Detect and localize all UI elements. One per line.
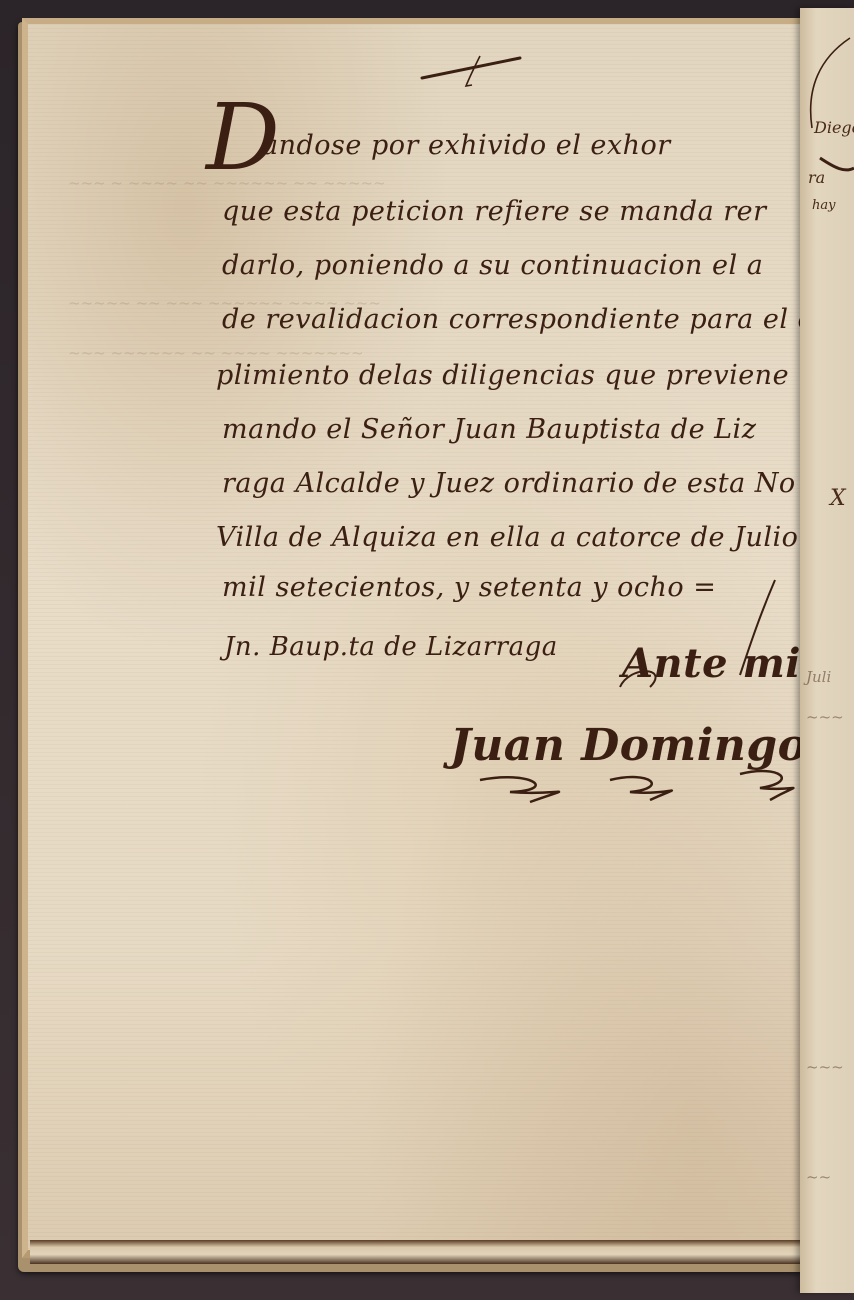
facing-faded-text: ~~~	[806, 708, 844, 726]
text-line-8: Villa de Alquiza en ella a catorce de Ju…	[216, 522, 825, 553]
text-line-6: mando el Señor Juan Bauptista de Liz	[222, 414, 756, 445]
cross-mark-icon	[420, 50, 530, 90]
facing-page-flourish	[800, 8, 854, 308]
signature-flourish-ante-mi	[560, 575, 790, 695]
facing-faded-text: ~~~	[806, 1058, 844, 1076]
text-line-1: andose por exhivido el exhor	[262, 130, 671, 161]
facing-faded-text: Juli	[806, 668, 831, 686]
facing-faded-text: ~~	[806, 1168, 831, 1186]
text-line-2: que esta peticion refiere se manda rer	[222, 196, 767, 227]
text-line-5: plimiento delas diligencias que previene	[216, 360, 789, 391]
text-line-3: darlo, poniendo a su continuacion el a	[222, 250, 763, 281]
text-line-4: de revalidacion correspondiente para el …	[222, 304, 813, 335]
signature-flourish	[470, 760, 810, 820]
facing-page: Diego ra hay X Juli ~~~ ~~~ ~~	[800, 8, 854, 1293]
facing-text-fragment: X	[830, 486, 846, 511]
facing-text-fragment: Diego	[814, 118, 854, 137]
signature-alcalde: Jn. Baup.ta de Lizarraga	[224, 632, 558, 662]
facing-text-fragment: hay	[812, 198, 835, 213]
facing-text-fragment: ra	[808, 168, 825, 187]
page-bottom-edge	[30, 1240, 810, 1264]
text-line-7: raga Alcalde y Juez ordinario de esta No	[222, 468, 796, 499]
